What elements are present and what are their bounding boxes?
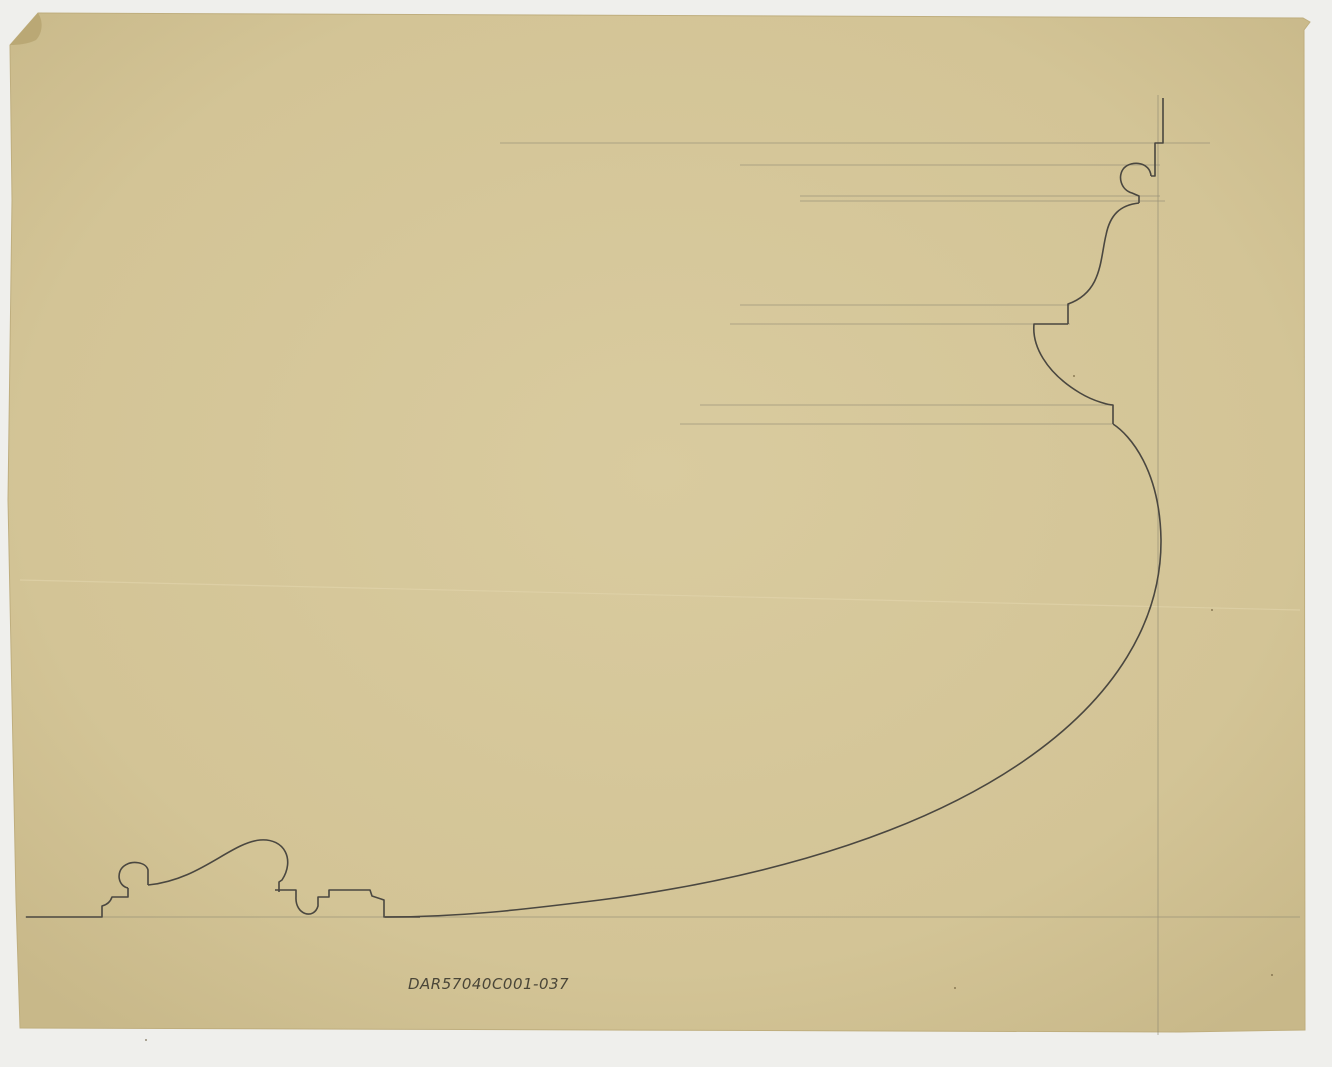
catalog-number: DAR57040C001-037 [408,975,569,993]
paper-sheet [8,13,1310,1032]
scanned-drawing: DAR57040C001-037 [0,0,1332,1067]
